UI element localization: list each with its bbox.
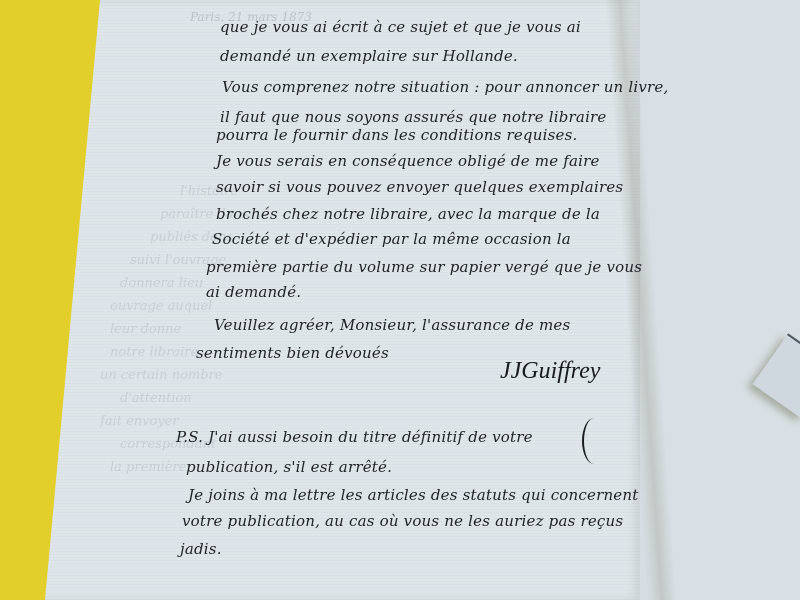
letter-line: demandé un exemplaire sur Hollande. bbox=[220, 47, 518, 65]
letter-line: Vous comprenez notre situation : pour an… bbox=[222, 78, 668, 96]
letter-line: savoir si vous pouvez envoyer quelques e… bbox=[216, 178, 623, 196]
letter-line: pourra le fournir dans les conditions re… bbox=[216, 126, 577, 144]
letter-line: première partie du volume sur papier ver… bbox=[206, 258, 642, 276]
letter-line: Société et d'expédier par la même occasi… bbox=[212, 230, 571, 248]
bleed-line: un certain nombre bbox=[100, 364, 290, 387]
postscript-line: P.S. J'ai aussi besoin du titre définiti… bbox=[176, 428, 533, 446]
letter-line: que je vous ai écrit à ce sujet et que j… bbox=[220, 18, 581, 36]
letter-line: ai demandé. bbox=[206, 283, 301, 301]
letter-line: il faut que nous soyons assurés que notr… bbox=[220, 108, 607, 126]
postscript-line: votre publication, au cas où vous ne les… bbox=[182, 512, 623, 530]
letter-line: brochés chez notre libraire, avec la mar… bbox=[216, 205, 600, 223]
signature: JJGuiffrey bbox=[500, 358, 600, 385]
letter-line: Veuillez agréer, Monsieur, l'assurance d… bbox=[214, 316, 570, 334]
postscript-line: Je joins à ma lettre les articles des st… bbox=[188, 486, 638, 504]
postscript-line: publication, s'il est arrêté. bbox=[186, 458, 392, 476]
letter-line: sentiments bien dévoués bbox=[196, 344, 389, 362]
letter-line: Je vous serais en conséquence obligé de … bbox=[216, 152, 600, 170]
bleed-line: d'attention bbox=[120, 387, 290, 410]
signature-flourish bbox=[582, 418, 606, 464]
postscript-line: jadis. bbox=[180, 540, 222, 558]
